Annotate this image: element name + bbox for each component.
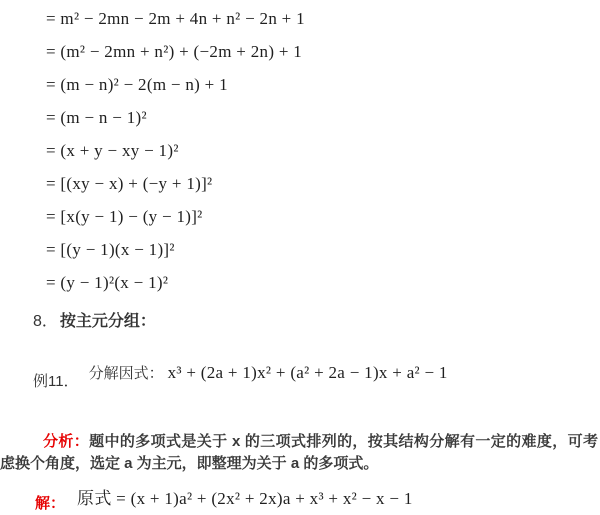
example-formula: x³ + (2a + 1)x² + (a² + 2a − 1)x + a² − … bbox=[168, 363, 448, 383]
solution-row: 解： 原式 = (x + 1)a² + (2x² + 2x)a + x³ + x… bbox=[35, 480, 413, 513]
example-prompt: 分解因式： bbox=[89, 362, 164, 383]
document-page: = m² − 2mn − 2m + 4n + n² − 2n + 1 = (m²… bbox=[0, 0, 600, 515]
equation-line: = m² − 2mn − 2m + 4n + n² − 2n + 1 bbox=[46, 2, 305, 35]
equation-line: = [(y − 1)(x − 1)]² bbox=[46, 233, 305, 266]
analysis-text: 题中的多项式是关于 x 的三项式排列的，按其结构分解有一定的难度，可考虑换个角度… bbox=[0, 433, 598, 472]
equation-line: = [x(y − 1) − (y − 1)]² bbox=[46, 200, 305, 233]
example-row: 例11． 分解因式： x³ + (2a + 1)x² + (a² + 2a − … bbox=[33, 358, 448, 391]
section-heading: 8． 按主元分组： bbox=[33, 308, 156, 331]
equation-line: = (x + y − xy − 1)² bbox=[46, 134, 305, 167]
example-label: 例11． bbox=[33, 370, 79, 391]
solution-label: 解： bbox=[35, 492, 65, 513]
example-body: 分解因式： x³ + (2a + 1)x² + (a² + 2a − 1)x +… bbox=[89, 362, 448, 383]
equation-line: = (m − n)² − 2(m − n) + 1 bbox=[46, 68, 305, 101]
derivation-block: = m² − 2mn − 2m + 4n + n² − 2n + 1 = (m²… bbox=[46, 2, 305, 299]
equation-line: = [(xy − x) + (−y + 1)]² bbox=[46, 167, 305, 200]
equation-line: = (m² − 2mn + n²) + (−2m + 2n) + 1 bbox=[46, 35, 305, 68]
equation-line: = (m − n − 1)² bbox=[46, 101, 305, 134]
solution-formula: 原式 = (x + 1)a² + (2x² + 2x)a + x³ + x² −… bbox=[77, 484, 413, 509]
analysis-label: 分析： bbox=[43, 433, 89, 450]
equation-line: = (y − 1)²(x − 1)² bbox=[46, 266, 305, 299]
section-title: 按主元分组： bbox=[60, 308, 156, 331]
analysis-paragraph: 分析：题中的多项式是关于 x 的三项式排列的，按其结构分解有一定的难度，可考虑换… bbox=[0, 431, 598, 475]
section-number: 8． bbox=[33, 308, 58, 331]
